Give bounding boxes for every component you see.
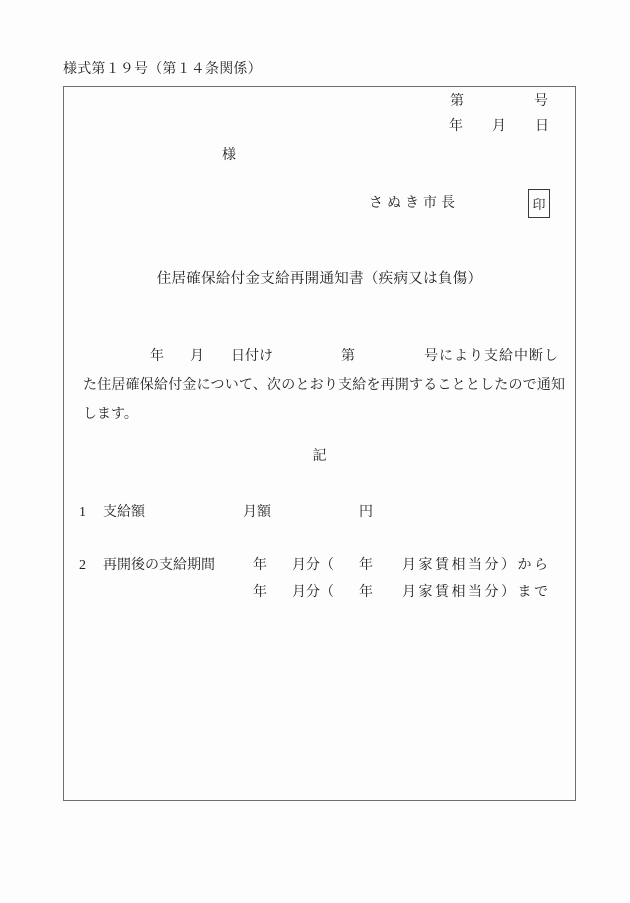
- seal-label: 印: [532, 194, 545, 213]
- item2-label: 再開後の支給期間: [103, 557, 215, 574]
- date-year-label: 年: [449, 118, 463, 135]
- body-dated-label: 日付け: [231, 348, 273, 365]
- item2-number: 2: [79, 557, 86, 574]
- item2-row2-rest: 月家賃相当分）まで: [402, 584, 551, 601]
- seal-box: 印: [528, 189, 550, 218]
- item1-number: 1: [79, 504, 86, 521]
- form-style-label: 様式第１９号（第１４条関係）: [63, 61, 262, 78]
- item2-row1-rest: 月家賃相当分）から: [402, 557, 551, 574]
- item2-row1-year: 年: [253, 557, 267, 574]
- form-title: 住居確保給付金支給再開通知書（疾病又は負傷）: [64, 271, 575, 288]
- doc-number-suffix: 号: [534, 93, 548, 110]
- ki-heading: 記: [64, 448, 575, 465]
- body-suspension-text: 号により支給中断し: [424, 348, 559, 365]
- item2-row2-month-part: 月分（: [292, 584, 334, 601]
- item1-yen-label: 円: [359, 504, 373, 521]
- item2-row2-year: 年: [253, 584, 267, 601]
- item1-label: 支給額: [103, 504, 145, 521]
- date-month-label: 月: [492, 118, 506, 135]
- addressee-honorific: 様: [222, 147, 236, 164]
- body-month-label: 月: [190, 348, 204, 365]
- doc-number-prefix: 第: [450, 93, 464, 110]
- body-number-prefix: 第: [341, 348, 355, 365]
- item1-monthly-label: 月額: [243, 504, 271, 521]
- item2-row1-year2: 年: [359, 557, 373, 574]
- item2-row1-month-part: 月分（: [292, 557, 334, 574]
- form-border-box: 第 号 年 月 日 様 さぬき市長 印 住居確保給付金支給再開通知書（疾病又は負…: [63, 86, 576, 801]
- body-line-2: た住居確保給付金について、次のとおり支給を再開することとしたので通知: [83, 377, 565, 394]
- item2-row2-year2: 年: [359, 584, 373, 601]
- body-line-3: します。: [83, 406, 138, 423]
- date-day-label: 日: [535, 118, 549, 135]
- document-page: 様式第１９号（第１４条関係） 第 号 年 月 日 様 さぬき市長 印 住居確保給…: [0, 0, 630, 903]
- body-year-label: 年: [150, 348, 164, 365]
- issuer-name: さぬき市長: [369, 195, 459, 212]
